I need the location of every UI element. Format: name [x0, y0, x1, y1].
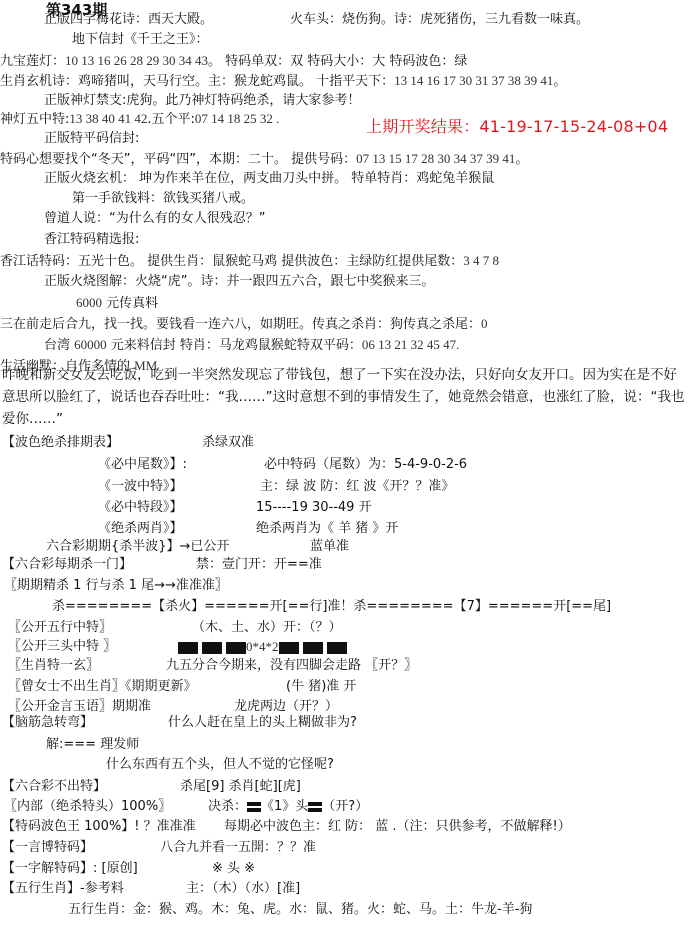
- god-lamp-five: 神灯五中特:13 38 40 41 42.五个平:07 14 18 25 32 …: [0, 110, 279, 129]
- numbers: 10 13 16 26 28 29 30 34 43: [65, 53, 208, 68]
- riddle-label: 【脑筋急转弯】: [2, 714, 93, 732]
- one-wave-label: 《一波中特》】: [98, 478, 183, 496]
- one-word-bet-label: 【一言博特码】: [2, 839, 93, 857]
- one-char-label: 【一字解特码】: [原创]: [2, 860, 138, 878]
- fire-mystery: 正版火烧玄机： 坤为作来羊在位，两支曲刀头中拼。 特单特肖：鸡蛇兔羊猴鼠: [44, 170, 494, 188]
- nine-lamp-line: 九宝莲灯：10 13 16 26 28 29 30 34 43。 特码单双：双 …: [0, 52, 467, 71]
- kill-row-tail-title: 〖期期精杀 1 行与杀 1 尾→→准准准〗: [4, 577, 228, 595]
- amount: 60000: [74, 337, 107, 352]
- fax-6000: 6000 元传真料: [76, 294, 158, 313]
- label: 三在前走后合九，找一找。要钱看一连六八，如期旺。传真之杀肖：狗传真之杀尾：: [0, 317, 481, 332]
- ms-zeng-value: (牛 猪)准 开: [286, 678, 356, 696]
- suffix: 。: [553, 74, 566, 89]
- underground-envelope: 地下信封《千王之王》：: [72, 31, 209, 49]
- half-wave-value: 蓝单准: [310, 538, 349, 556]
- internal-kill-value: 决杀：《1》头（开?）: [208, 798, 368, 816]
- taiwan-line: 台湾 60000 元来料信封 特肖：马龙鸡鼠猴蛇特双平码：06 13 21 32…: [44, 336, 459, 355]
- numbers: 13 38 40 41 42: [69, 111, 147, 126]
- numbers: 07 13 15 17 28 30 34 37 39 41: [356, 151, 515, 166]
- head: 《1》头: [261, 799, 308, 814]
- one-char-value: ※ 头 ※: [212, 860, 255, 878]
- label: 特码心想要找个“冬天”，平码“四”，本期：二十。 提供号码：: [0, 152, 356, 167]
- first-hand: 第一手欲钱料：欲钱买猪八戒。: [72, 190, 254, 208]
- equals-icon: [308, 802, 322, 812]
- special-envelope: 正版特平码信封:: [44, 130, 139, 148]
- label: 元传真料: [102, 296, 158, 311]
- must-segment-value: 15----19 30--49 开: [256, 499, 372, 517]
- must-tail-label: 《必中尾数》】:: [98, 456, 187, 474]
- label: 决杀：: [208, 799, 247, 814]
- label: 生肖玄机诗：鸡啼猪叫，天马行空。主：猴龙蛇鸡鼠。 十指平天下：: [0, 74, 394, 89]
- five-element-value: （木、土、水）开：（？）: [192, 619, 342, 637]
- not-out-label: 【六合彩不出特】: [2, 778, 106, 796]
- internal-kill-label: 〖内部（绝杀特头）100%〗: [4, 798, 171, 816]
- xiangjiang-line: 香江话特码：五光十色。 提供生肖：鼠猴蛇马鸡 提供波色：主绿防红提供尾数：3 4…: [0, 252, 499, 271]
- last-result-numbers: 41-19-17-15-24-08+04: [479, 117, 668, 136]
- humor-story: 昨晚和新交女友去吃饭，吃到一半突然发现忘了带钱包，想了一下实在没办法，只好向女友…: [2, 364, 686, 430]
- five-zodiac-list: 五行生肖：金：猴、鸡。木：兔、虎。水：鼠、猪。火：蛇、马。土：牛龙-羊-狗: [68, 901, 532, 919]
- bar-icon: [178, 642, 246, 654]
- kill-one-door-label: 【六合彩每期杀一门】: [2, 556, 132, 574]
- zodiac-mystery-value: 九五分合今期来，没有四脚会走路 〖开？〗: [166, 657, 417, 675]
- one-word-bet-value: 八合九并看一五開：？？准: [160, 839, 316, 857]
- amount: 6000: [76, 295, 102, 310]
- label: 香江话特码：五光十色。 提供生肖：鼠猴蛇马鸡 提供波色：主绿防红提供尾数：: [0, 254, 463, 269]
- last-result: 上期开奖结果：41-19-17-15-24-08+04: [366, 118, 668, 136]
- label2: 元来料信封 特肖：马龙鸡鼠猴蛇特双平码：: [107, 338, 362, 353]
- fire-illustration: 正版火烧图解：火烧“虎”。诗：并一跟四五六合，跟七中奖猴来三。: [44, 273, 434, 291]
- five-element-label: 〖公开五行中特〗: [8, 619, 112, 637]
- wave-table-title: 【波色绝杀排期表】: [2, 434, 119, 452]
- suffix: 。: [515, 152, 528, 167]
- xiangjiang-title: 香江特码精选报:: [44, 231, 139, 249]
- three-front-line: 三在前走后合九，找一找。要钱看一连六八，如期旺。传真之杀肖：狗传真之杀尾：0: [0, 315, 488, 334]
- three-head-value: 0*4*2: [178, 638, 347, 657]
- half-wave-label: 六合彩期期{杀半波}】→已公开: [46, 538, 229, 556]
- label2: .五个平:: [147, 112, 195, 127]
- one-wave-value: 主：绿 波 防：红 波《开？？准》: [260, 478, 454, 496]
- must-tail-value: 必中特码（尾数）为：5-4-9-0-2-6: [264, 456, 467, 474]
- must-segment-label: 《必中特段》】: [98, 499, 183, 517]
- numbers2: 07 14 18 25 32 .: [195, 111, 280, 126]
- ms-zeng-label: 〖曾女士不出生肖〗《期期更新》: [8, 678, 197, 696]
- zodiac-mystery-label: 〖生肖特一玄〗: [8, 657, 99, 675]
- wave-table-value: 杀绿双准: [202, 434, 254, 452]
- riddle-question: 什么人赶在皇上的头上糊做非为?: [168, 714, 357, 732]
- tails: 3 4 7 8: [463, 253, 499, 268]
- label: 神灯五中特:: [0, 112, 69, 127]
- bar-icon: [279, 642, 347, 654]
- numbers: 06 13 21 32 45 47.: [362, 337, 460, 352]
- numbers: 13 14 16 17 30 31 37 38 39 41: [394, 73, 553, 88]
- equals-icon: [247, 802, 261, 812]
- riddle-question-2: 什么东西有五个头，但人不觉的它怪呢?: [106, 756, 334, 774]
- plum-poem: 正版四字梅花诗：西天大殿。: [44, 11, 213, 29]
- god-lamp-ban: 正版神灯禁支:虎狗。此乃神灯特码绝杀，请大家参考！: [44, 92, 360, 110]
- zeng-says: 曾道人说：“为什么有的女人很残忍？”: [44, 210, 265, 228]
- not-out-value: 杀尾[9] 杀肖[蛇][虎]: [180, 778, 301, 796]
- heads: 0*4*2: [246, 639, 279, 654]
- open: （开?）: [322, 799, 368, 814]
- wave-king-label: 【特码波色王 100%】! ？准准准: [2, 818, 196, 836]
- kill-two-value: 绝杀两肖为《 羊 猪 》开: [256, 520, 398, 538]
- three-head-label: 〖公开三头中特 〗: [8, 638, 116, 656]
- wave-king-value: 每期必中波色主：红 防： 蓝 .（注：只供参考，不做解释!）: [224, 818, 571, 836]
- train-head: 火车头：烧伤狗。诗：虎死猪伤，三九看数一味真。: [290, 11, 589, 29]
- label: 九宝莲灯：: [0, 54, 65, 69]
- label: 台湾: [44, 338, 74, 353]
- five-zodiac-value: 主：（木）（水）[准]: [186, 880, 300, 898]
- suffix: 。 特码单双：双 特码大小：大 特码波色：绿: [208, 54, 467, 69]
- winter-line: 特码心想要找个“冬天”，平码“四”，本期：二十。 提供号码：07 13 15 1…: [0, 150, 528, 169]
- last-result-label: 上期开奖结果：: [366, 117, 479, 136]
- riddle-answer: 解:=== 理发师: [46, 736, 139, 754]
- kill-fire-line: 杀========【杀火】======开[==行]准！杀========【7】=…: [52, 598, 611, 616]
- kill-two-label: 《绝杀两肖》】: [98, 520, 183, 538]
- five-zodiac-label: 【五行生肖】-参考料: [2, 880, 124, 898]
- kill-one-door-value: 禁：壹门开：开==准: [196, 556, 322, 574]
- tail: 0: [481, 316, 488, 331]
- zodiac-poem-line: 生肖玄机诗：鸡啼猪叫，天马行空。主：猴龙蛇鸡鼠。 十指平天下：13 14 16 …: [0, 72, 566, 91]
